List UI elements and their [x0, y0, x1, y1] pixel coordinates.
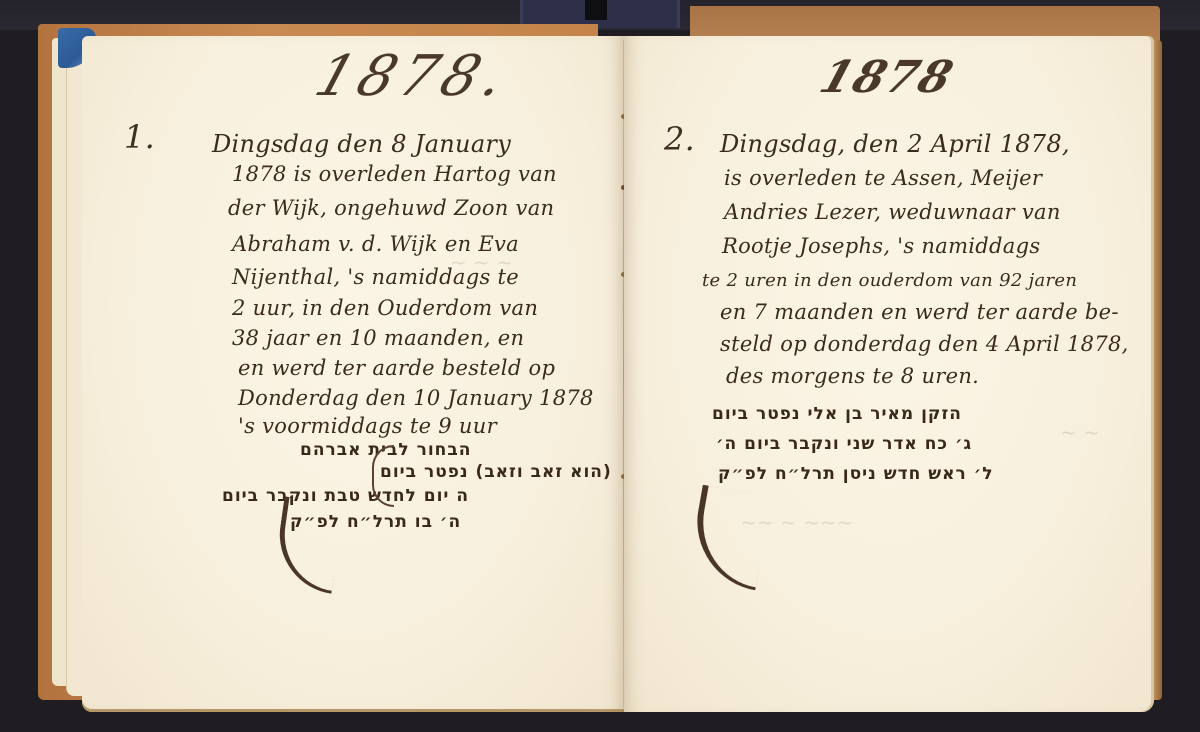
right-year-heading: 1878	[814, 52, 961, 103]
right-hebrew-line-1: הזקן מאיר בן אלי נפטר ביום	[712, 404, 962, 424]
bleed-through-text: ~ ~	[1060, 420, 1100, 444]
left-hebrew-line-3: ה יום לחדש טבת ונקבר ביום	[222, 486, 469, 506]
right-hebrew-line-2: ג׳ כח אדר שני ונקבר ביום ה׳	[716, 434, 972, 454]
left-line-5: Nijenthal, 's namiddags te	[232, 265, 519, 289]
left-line-6: 2 uur, in den Ouderdom van	[232, 296, 538, 320]
left-line-4: Abraham v. d. Wijk en Eva	[232, 232, 519, 256]
right-line-3: Andries Lezer, weduwnaar van	[724, 200, 1061, 224]
left-line-3: der Wijk, ongehuwd Zoon van	[228, 196, 554, 220]
right-line-8: des morgens te 8 uren.	[726, 364, 979, 388]
left-year-heading: 1878.	[307, 44, 518, 109]
left-hebrew-line-2: (הוא זאב וזאב) נפטר ביום	[380, 462, 612, 482]
right-line-2: is overleden te Assen, Meijer	[724, 166, 1042, 190]
right-line-1: Dingsdag, den 2 April 1878,	[720, 130, 1070, 158]
left-line-10: 's voormiddags te 9 uur	[238, 414, 497, 438]
left-line-9: Donderdag den 10 January 1878	[238, 386, 594, 410]
left-line-1: Dingsdag den 8 January	[212, 130, 511, 158]
left-entry-number: 1.	[124, 118, 155, 156]
right-hebrew-line-3: ל׳ ראש חדש ניסן תרל״ח לפ״ק	[718, 464, 994, 484]
right-line-5: te 2 uren in den ouderdom van 92 jaren	[702, 270, 1077, 291]
right-entry-number: 2.	[664, 120, 695, 158]
left-line-8: en werd ter aarde besteld op	[238, 356, 555, 380]
right-line-7: steld op donderdag den 4 April 1878,	[720, 332, 1129, 356]
left-line-7: 38 jaar en 10 maanden, en	[232, 326, 524, 350]
left-line-2-text: 1878 is overleden Hartog van	[232, 162, 557, 186]
right-line-6: en 7 maanden en werd ter aarde be-	[720, 300, 1119, 324]
left-line-2: 1878 is overleden Hartog van	[232, 162, 557, 186]
right-line-4: Rootje Josephs, 's namiddags	[722, 234, 1040, 258]
left-bracket-mark	[372, 445, 394, 507]
